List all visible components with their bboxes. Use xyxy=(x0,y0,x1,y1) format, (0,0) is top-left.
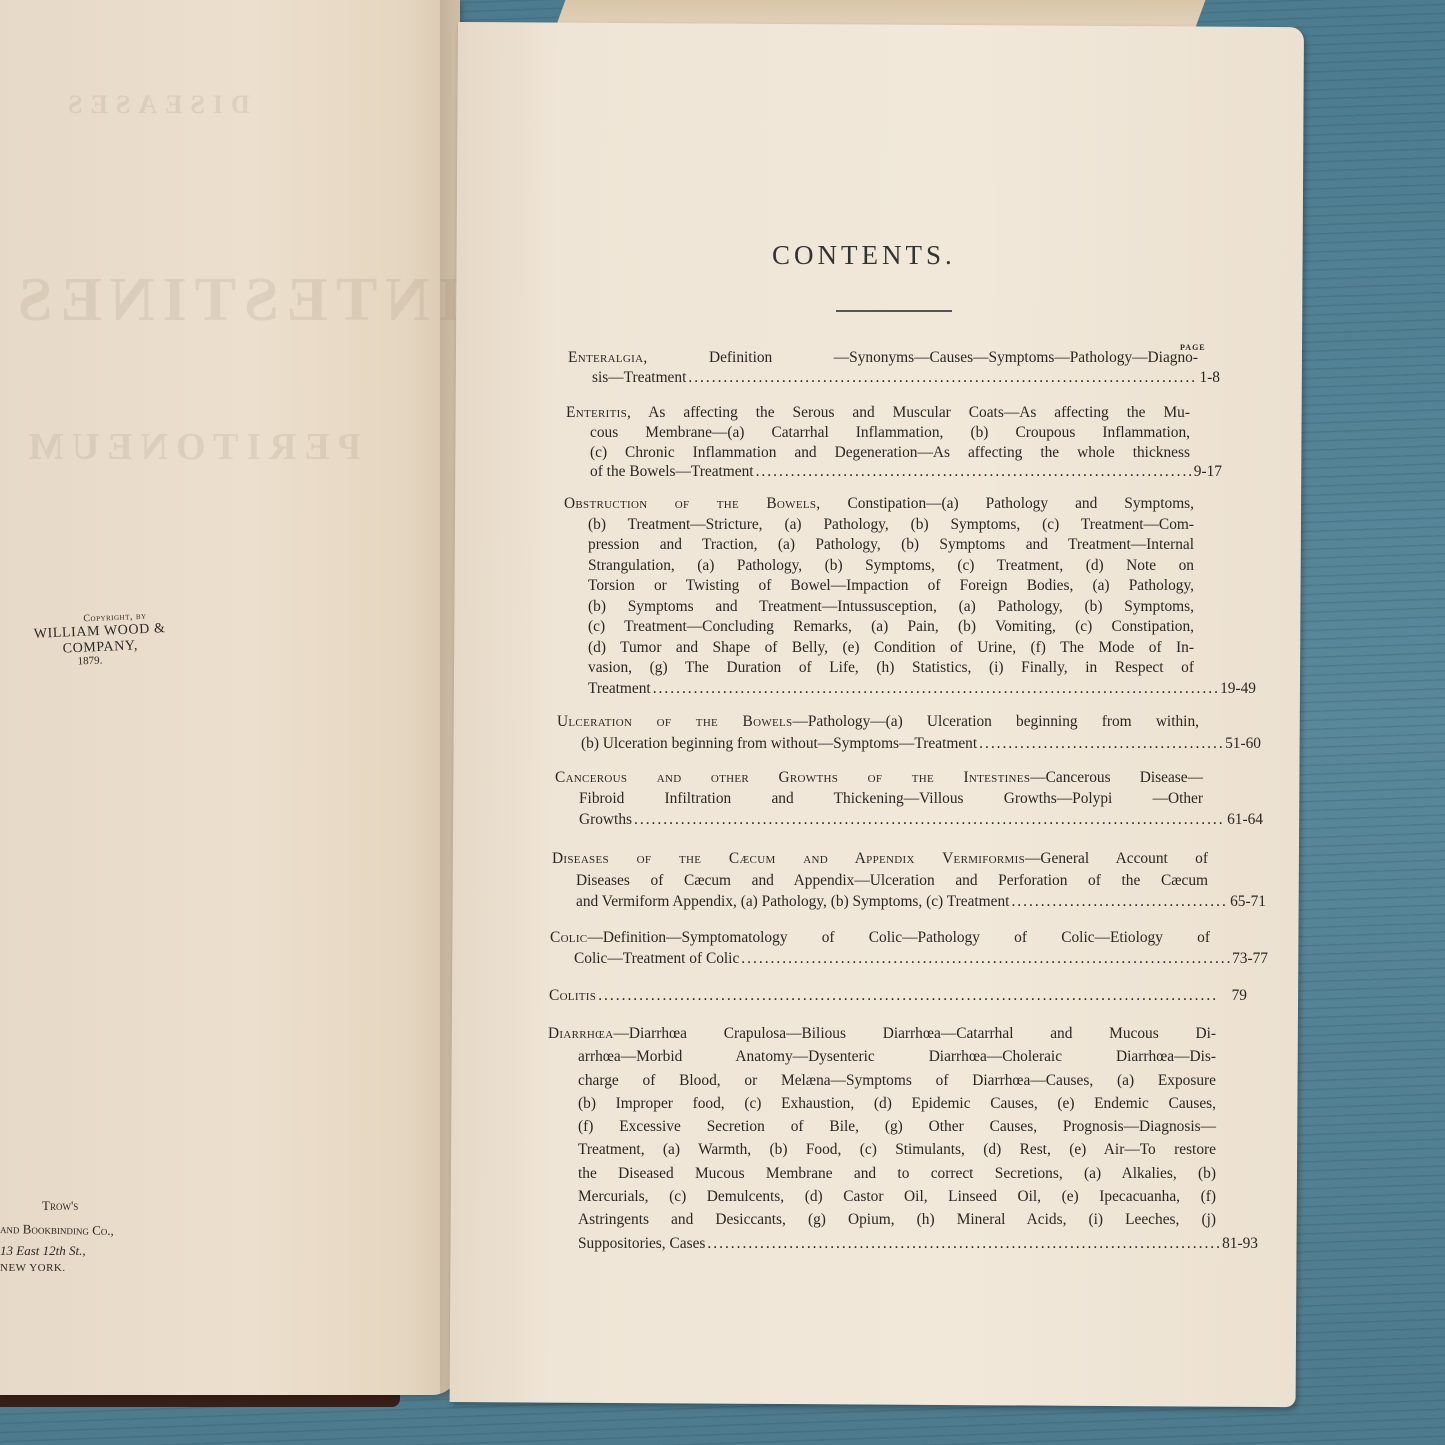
leader-dots xyxy=(741,948,1230,969)
toc-entry-heading: Cancerous and other Growths of the Intes… xyxy=(555,769,1030,786)
toc-entry-last-line: Suppositories, Cases 81-93 xyxy=(548,1232,1258,1255)
leader-dots xyxy=(598,986,1217,1006)
toc-entry-line: Strangulation, (a) Pathology, (b) Sympto… xyxy=(564,556,1194,577)
toc-entry-line: Colic—Definition—Symptomatology of Colic… xyxy=(550,927,1210,948)
toc-entry-heading: Enteritis, xyxy=(566,404,631,421)
page-range: 79 xyxy=(1220,986,1247,1006)
page-range: 51-60 xyxy=(1225,733,1261,755)
toc-entry-line: Cancerous and other Growths of the Intes… xyxy=(555,767,1203,788)
toc-entry-heading: Obstruction of the Bowels, xyxy=(564,495,820,512)
toc-entry-text: Growths xyxy=(579,809,632,830)
toc-entry-enteritis: Enteritis, As affecting the Serous and M… xyxy=(566,403,1190,482)
toc-entry-line: Diseases of the Cæcum and Appendix Vermi… xyxy=(552,848,1208,870)
toc-entry-text: sis—Treatment xyxy=(592,368,686,388)
toc-entry-line: (d) Tumor and Shape of Belly, (e) Condit… xyxy=(564,638,1194,659)
toc-entry-line: charge of Blood, or Melæna—Symptoms of D… xyxy=(548,1069,1216,1092)
toc-entry-last-line: Colic—Treatment of Colic 73-77 xyxy=(550,948,1268,969)
page-range: 73-77 xyxy=(1232,948,1268,969)
toc-entry-line: Torsion or Twisting of Bowel—Impaction o… xyxy=(564,576,1194,597)
title-divider xyxy=(836,310,952,312)
toc-entry-line: (b) Improper food, (c) Exhaustion, (d) E… xyxy=(548,1092,1216,1115)
toc-entry-last-line: Colitis 79 xyxy=(549,986,1247,1006)
page-title: CONTENTS. xyxy=(772,240,956,271)
toc-entry-line: cous Membrane—(a) Catarrhal Inflammation… xyxy=(566,423,1190,443)
toc-entry-cancerous: Cancerous and other Growths of the Intes… xyxy=(555,767,1203,830)
toc-entry-line: the Diseased Mucous Membrane and to corr… xyxy=(548,1162,1216,1185)
toc-entry-line: (b) Treatment—Stricture, (a) Pathology, … xyxy=(564,515,1194,536)
leader-dots xyxy=(756,462,1192,482)
leader-dots xyxy=(688,368,1197,388)
toc-entry-heading: Diarrhœa xyxy=(548,1025,613,1042)
leader-dots xyxy=(979,733,1223,755)
contents-page: CONTENTS. PAGE Enteralgia, Definition —S… xyxy=(0,0,1445,1445)
page-range: 81-93 xyxy=(1222,1232,1258,1255)
toc-entry-line: Enteralgia, Definition —Synonyms—Causes—… xyxy=(568,348,1198,368)
toc-entry-text: of the Bowels—Treatment xyxy=(590,462,754,482)
page-range: 1-8 xyxy=(1199,368,1220,388)
toc-entry-last-line: of the Bowels—Treatment 9-17 xyxy=(566,462,1222,482)
toc-entry-line: Diseases of Cæcum and Appendix—Ulceratio… xyxy=(552,870,1208,892)
toc-entry-text: Colic—Treatment of Colic xyxy=(574,948,739,969)
toc-entry-line: Treatment, (a) Warmth, (b) Food, (c) Sti… xyxy=(548,1138,1216,1161)
toc-entry-last-line: and Vermiform Appendix, (a) Pathology, (… xyxy=(552,891,1266,913)
page-range: 65-71 xyxy=(1230,891,1266,913)
toc-entry-text: Treatment xyxy=(588,679,651,700)
toc-entry-last-line: sis—Treatment 1-8 xyxy=(568,368,1220,388)
toc-entry-line: Ulceration of the Bowels—Pathology—(a) U… xyxy=(557,711,1199,733)
page-range: 19-49 xyxy=(1220,679,1256,700)
leader-dots xyxy=(1011,891,1228,913)
toc-entry-heading: Enteralgia, xyxy=(568,349,647,366)
page-range: 9-17 xyxy=(1194,462,1222,482)
toc-entry-enteralgia: Enteralgia, Definition —Synonyms—Causes—… xyxy=(568,348,1198,388)
toc-entry-last-line: (b) Ulceration beginning from without—Sy… xyxy=(557,733,1261,755)
toc-entry-text: Colitis xyxy=(549,986,596,1006)
leader-dots xyxy=(653,679,1218,700)
toc-entry-ulceration: Ulceration of the Bowels—Pathology—(a) U… xyxy=(557,711,1199,755)
leader-dots xyxy=(634,809,1225,830)
toc-entry-obstruction: Obstruction of the Bowels, Constipation—… xyxy=(564,494,1194,699)
toc-entry-line: (b) Symptoms and Treatment—Intussuscepti… xyxy=(564,597,1194,618)
toc-entry-heading: Ulceration of the Bowels xyxy=(557,713,792,730)
toc-entry-line: (c) Treatment—Concluding Remarks, (a) Pa… xyxy=(564,617,1194,638)
toc-entry-heading: Colic xyxy=(550,929,587,946)
toc-entry-text: (b) Ulceration beginning from without—Sy… xyxy=(581,733,977,755)
toc-entry-line: Astringents and Desiccants, (g) Opium, (… xyxy=(548,1208,1216,1231)
toc-entry-line: Diarrhœa—Diarrhœa Crapulosa—Bilious Diar… xyxy=(548,1022,1216,1045)
toc-entry-line: (c) Chronic Inflammation and Degeneratio… xyxy=(566,443,1190,463)
leader-dots xyxy=(707,1232,1220,1255)
toc-entry-line: Obstruction of the Bowels, Constipation—… xyxy=(564,494,1194,515)
toc-entry-line: (f) Excessive Secretion of Bile, (g) Oth… xyxy=(548,1115,1216,1138)
toc-entry-line: Mercurials, (c) Demulcents, (d) Castor O… xyxy=(548,1185,1216,1208)
toc-entry-text: Suppositories, Cases xyxy=(578,1232,705,1255)
toc-entry-last-line: Treatment 19-49 xyxy=(564,679,1256,700)
toc-entry-heading: Diseases of the Cæcum and Appendix Vermi… xyxy=(552,850,1025,867)
toc-entry-colic: Colic—Definition—Symptomatology of Colic… xyxy=(550,927,1210,969)
toc-entry-line: arrhœa—Morbid Anatomy—Dysenteric Diarrhœ… xyxy=(548,1045,1216,1068)
toc-entry-diarrhoea: Diarrhœa—Diarrhœa Crapulosa—Bilious Diar… xyxy=(548,1022,1216,1255)
toc-entry-last-line: Growths 61-64 xyxy=(555,809,1263,830)
toc-entry-line: Enteritis, As affecting the Serous and M… xyxy=(566,403,1190,423)
toc-entry-caecum: Diseases of the Cæcum and Appendix Vermi… xyxy=(552,848,1208,913)
toc-entry-text: and Vermiform Appendix, (a) Pathology, (… xyxy=(576,891,1009,913)
page-range: 61-64 xyxy=(1227,809,1263,830)
toc-entry-line: Fibroid Infiltration and Thickening—Vill… xyxy=(555,788,1203,809)
toc-entry-colitis: Colitis 79 xyxy=(549,986,1247,1006)
toc-entry-line: vasion, (g) The Duration of Life, (h) St… xyxy=(564,658,1194,679)
toc-entry-line: pression and Traction, (a) Pathology, (b… xyxy=(564,535,1194,556)
